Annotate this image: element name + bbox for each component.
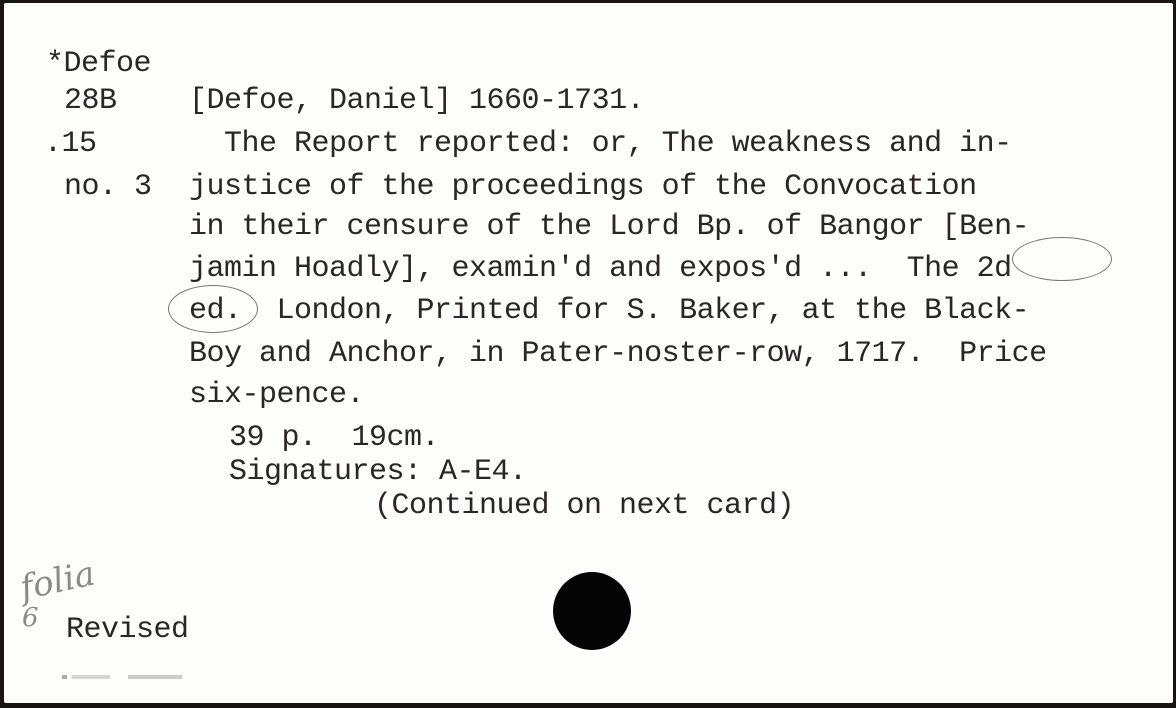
call-number-line-3: .15 xyxy=(44,129,97,159)
handwritten-mark: 6 xyxy=(22,603,39,633)
call-number-line-1: *Defoe xyxy=(46,49,151,79)
pencil-circle-2d xyxy=(1012,237,1112,281)
pencil-circle-ed xyxy=(168,285,258,333)
call-number-line-2: 28B xyxy=(64,86,117,116)
title-line-6: Boy and Anchor, in Pater-noster-row, 171… xyxy=(189,339,1047,369)
heading-author: [Defoe, Daniel] 1660-1731. xyxy=(189,86,644,116)
title-line-2: justice of the proceedings of the Convoc… xyxy=(189,172,977,202)
revised-label: Revised xyxy=(66,615,189,645)
title-line-4: jamin Hoadly], examin'd and expos'd ... … xyxy=(189,254,1012,284)
title-line-5: ed. London, Printed for S. Baker, at the… xyxy=(189,296,1029,326)
punch-hole xyxy=(553,572,631,650)
signatures: Signatures: A-E4. xyxy=(194,457,527,487)
title-line-3: in their censure of the Lord Bp. of Bang… xyxy=(189,212,1029,242)
handwritten-note: folia xyxy=(17,554,99,609)
ink-smudge xyxy=(62,675,182,679)
continued-note: (Continued on next card) xyxy=(374,491,794,521)
title-line-1: The Report reported: or, The weakness an… xyxy=(189,129,1012,159)
collation: 39 p. 19cm. xyxy=(194,423,439,453)
catalog-card: *Defoe 28B .15 no. 3 [Defoe, Daniel] 166… xyxy=(4,3,1173,703)
call-number-line-4: no. 3 xyxy=(64,172,152,202)
title-line-7: six-pence. xyxy=(189,380,364,410)
